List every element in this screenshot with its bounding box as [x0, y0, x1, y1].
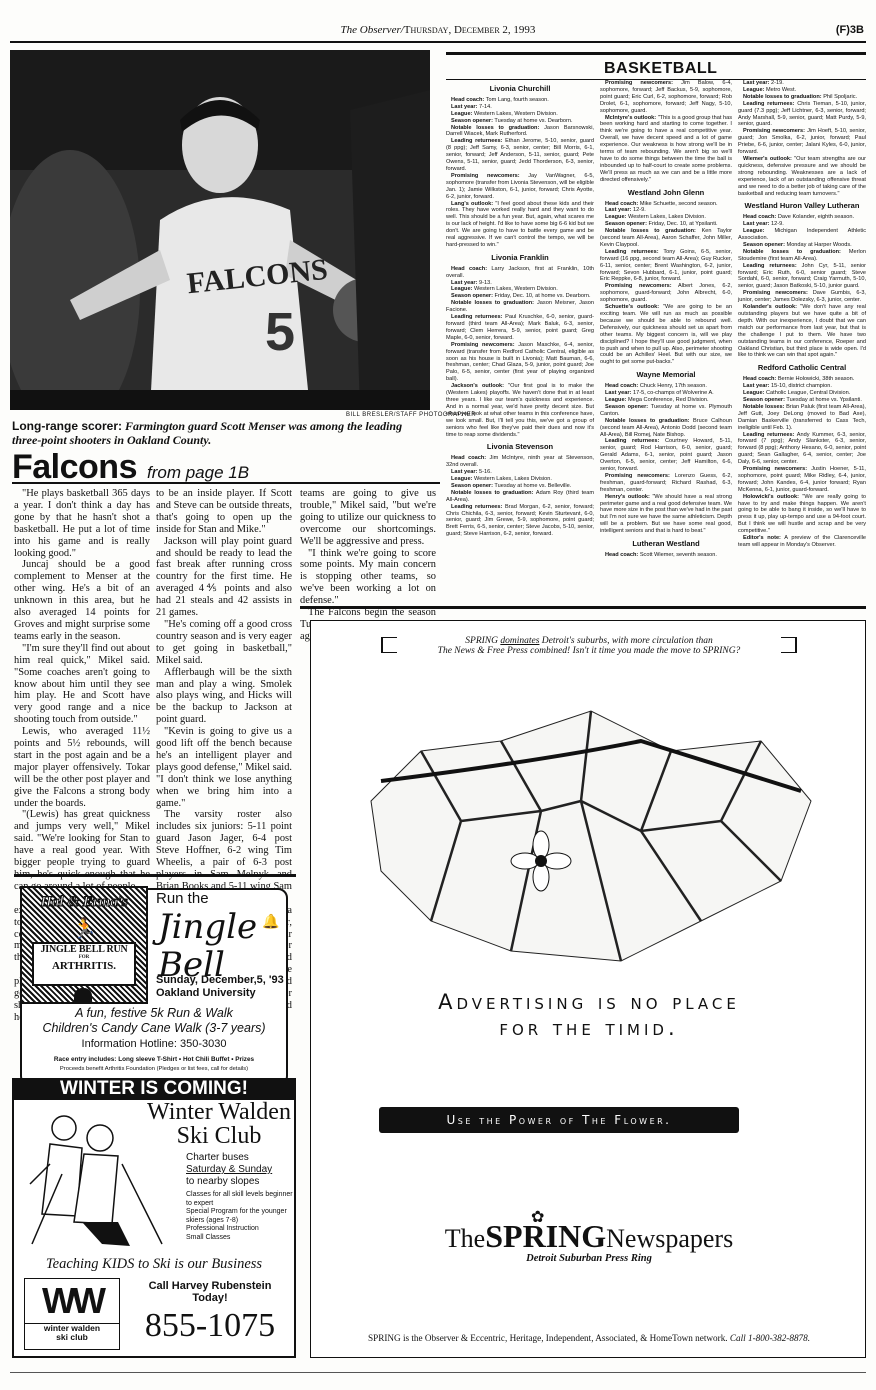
- run-the-text: Run the: [156, 890, 209, 907]
- club-name-line2: Ski Club: [144, 1124, 294, 1148]
- event-date-location: Sunday, December,5, '93 Oakland Universi…: [156, 974, 284, 1000]
- team-westland-huron-valley-lutheran: Westland Huron Valley Lutheran Head coac…: [738, 203, 866, 359]
- photo-image: FALCONS 5: [10, 50, 430, 410]
- club-slogan: Teaching KIDS to Ski is our Business: [14, 1256, 294, 1273]
- winter-banner: WINTER IS COMING!: [12, 1078, 296, 1100]
- network-text: SPRING is the Observer & Eccentric, Heri…: [368, 1333, 730, 1343]
- paragraph: "(Lewis) has great quickness and jumps v…: [14, 809, 150, 892]
- masthead: The Observer/Thursday, December 2, 1993 …: [0, 0, 876, 40]
- runner-icon: 🏃: [72, 916, 97, 941]
- paragraph: to be an inside player. If Scott and Ste…: [156, 488, 292, 536]
- team-livonia-stevenson-cont: Promising newcomers: Jim Balow, 6-4, sop…: [600, 80, 732, 184]
- feature-days: Saturday & Sunday: [186, 1164, 296, 1176]
- race-includes: Race entry includes: Long sleeve T-Shirt…: [22, 1056, 286, 1063]
- ww-logo: WW winter walden ski club: [24, 1278, 120, 1350]
- club-features: Charter buses Saturday & Sunday to nearb…: [186, 1152, 296, 1242]
- team-name: Lutheran Westland: [600, 541, 732, 548]
- winter-walden-ad: WINTER IS COMING! Winter Walden Ski Club…: [12, 1078, 296, 1358]
- brand-spring: SPRING: [485, 1218, 606, 1254]
- team-name: Redford Catholic Central: [738, 365, 866, 372]
- jbr-badge: Hal & Erma's 🏃 JINGLE BELL RUN FOR ARTHR…: [20, 886, 148, 1004]
- logo-letters: WW: [25, 1279, 119, 1323]
- team-wayne-memorial: Wayne Memorial Head coach: Chuck Henry, …: [600, 372, 732, 535]
- team-lutheran-westland-cont: Last year: 2-19. League: Metro West. Not…: [738, 80, 866, 197]
- jingle-bell-run-ad: Hal & Erma's 🏃 JINGLE BELL RUN FOR ARTHR…: [20, 888, 288, 1086]
- photo-caption: Long-range scorer: Farmington guard Scot…: [12, 419, 432, 447]
- team-lutheran-westland: Lutheran Westland Head coach: Scott Wiem…: [600, 541, 732, 559]
- caption-lead: Long-range scorer:: [12, 419, 122, 433]
- tagline-1: A fun, festive 5k Run & Walk: [22, 1006, 286, 1021]
- left-bracket-icon: [381, 637, 397, 653]
- intro-line2: The News & Free Press combined! Isn't it…: [397, 646, 781, 656]
- proceeds-note: Proceeds benefit Arthritis Foundation (P…: [22, 1066, 286, 1072]
- issue-date: Thursday, December 2, 1993: [404, 24, 536, 36]
- feature-item: Classes for all skill levels beginner to…: [186, 1191, 296, 1208]
- brand-subtitle: Detroit Suburban Press Ring: [311, 1253, 867, 1264]
- power-of-flower-banner: Use the Power of The Flower.: [379, 1107, 739, 1133]
- team-name: Wayne Memorial: [600, 372, 732, 379]
- paragraph: "He's coming off a good cross country se…: [156, 619, 292, 667]
- headline-line2: for the timid.: [311, 1015, 867, 1041]
- logo-text: winter walden ski club: [25, 1323, 119, 1342]
- spring-brand: TheSPRINGNewspapers: [311, 1221, 867, 1254]
- paragraph: Jackson will play point guard and should…: [156, 536, 292, 619]
- page-bottom-rule: [10, 1372, 866, 1373]
- roster-column-3: Last year: 2-19. League: Metro West. Not…: [738, 80, 866, 549]
- section-title: BASKETBALL: [604, 60, 717, 78]
- spring-newspapers-ad: SPRING dominates Detroit's suburbs, with…: [310, 620, 866, 1358]
- feature-list: Classes for all skill levels beginner to…: [186, 1191, 296, 1242]
- paragraph: "He plays basketball 365 days a year. I …: [14, 488, 150, 559]
- club-name: Winter Walden Ski Club: [144, 1100, 294, 1148]
- foundation-logo-icon: [74, 988, 92, 1002]
- basketball-photo: FALCONS 5: [10, 50, 430, 410]
- team-name: Livonia Franklin: [446, 255, 594, 262]
- paragraph: Afflerbaugh will be the sixth man and pl…: [156, 667, 292, 727]
- call-today: Today!: [126, 1292, 294, 1304]
- badge-plaque: JINGLE BELL RUN FOR ARTHRITIS.: [32, 942, 136, 986]
- page-number: (F)3B: [836, 24, 864, 36]
- right-bracket-icon: [781, 637, 797, 653]
- phone-number: 855-1075: [126, 1306, 294, 1346]
- badge-line1: JINGLE BELL RUN: [34, 944, 134, 955]
- feature-item: Professional Instruction: [186, 1225, 296, 1234]
- jump-rule: [12, 482, 440, 484]
- section-top-rule: [446, 52, 866, 55]
- team-livonia-churchill: Livonia Churchill Head coach: Tom Lang, …: [446, 86, 594, 249]
- feature-charter: Charter buses: [186, 1152, 296, 1164]
- team-redford-catholic-central: Redford Catholic Central Head coach: Ber…: [738, 365, 866, 549]
- spring-intro: SPRING dominates Detroit's suburbs, with…: [397, 636, 781, 656]
- paragraph: teams are going to give us trouble," Mik…: [300, 488, 436, 548]
- headline-line1: Advertising is no place: [311, 989, 867, 1015]
- spring-footer: SPRING is the Observer & Eccentric, Heri…: [311, 1333, 867, 1343]
- team-livonia-franklin: Livonia Franklin Head coach: Larry Jacks…: [446, 255, 594, 439]
- paragraph: "I think we're going to score some point…: [300, 548, 436, 608]
- team-westland-john-glenn: Westland John Glenn Head coach: Mike Sch…: [600, 190, 732, 367]
- badge-arc-text: Hal & Erma's: [28, 894, 140, 911]
- badge-line2: ARTHRITIS.: [34, 960, 134, 972]
- team-name: Westland Huron Valley Lutheran: [738, 203, 866, 210]
- story-bottom-rule: [14, 874, 296, 877]
- dominates-emphasis: dominates: [500, 636, 539, 646]
- event-taglines: A fun, festive 5k Run & Walk Children's …: [22, 1006, 286, 1036]
- team-livonia-stevenson: Livonia Stevenson Head coach: Jim McInty…: [446, 444, 594, 538]
- team-name: Livonia Stevenson: [446, 444, 594, 451]
- paragraph: Juncaj should be a good complement to Me…: [14, 559, 150, 642]
- call-name: Call Harvey Rubenstein: [126, 1280, 294, 1292]
- brand-newspapers: Newspapers: [606, 1224, 733, 1253]
- paragraph: Lewis, who averaged 11½ points and 5½ re…: [14, 726, 150, 809]
- event-location: Oakland University: [156, 987, 284, 1000]
- cracked-earth-flower-illustration-icon: [341, 681, 837, 981]
- call-number: Call 1-800-382-8878.: [730, 1333, 810, 1343]
- event-date: Sunday, December,5, '93: [156, 974, 284, 987]
- paper-name: The Observer/: [341, 24, 404, 36]
- roster-column-2: Promising newcomers: Jim Balow, 6-4, sop…: [600, 80, 732, 559]
- feature-slopes: to nearby slopes: [186, 1176, 296, 1188]
- feature-item: Special Program for the younger skiers (…: [186, 1208, 296, 1225]
- info-hotline: Information Hotline: 350-3030: [22, 1038, 286, 1050]
- paragraph: "Kevin is going to give us a good lift o…: [156, 726, 292, 809]
- team-name: Westland John Glenn: [600, 190, 732, 197]
- roster-column-1: Livonia Churchill Head coach: Tom Lang, …: [446, 80, 594, 538]
- club-name-line1: Winter Walden: [144, 1100, 294, 1124]
- page-header-title: The Observer/Thursday, December 2, 1993: [0, 24, 876, 36]
- jump-line: from page 1B: [147, 463, 249, 483]
- svg-text:5: 5: [265, 302, 295, 362]
- bells-icon: 🔔: [262, 914, 279, 931]
- paragraph: "I'm sure they'll find out about him rea…: [14, 643, 150, 726]
- contact-call: Call Harvey Rubenstein Today!: [126, 1280, 294, 1304]
- story-end-rule: [300, 606, 866, 609]
- team-name: Livonia Churchill: [446, 86, 594, 93]
- spring-headline: Advertising is no place for the timid.: [311, 989, 867, 1041]
- feature-item: Small Classes: [186, 1234, 296, 1243]
- masthead-rule: [10, 41, 866, 43]
- tagline-2: Children's Candy Cane Walk (3-7 years): [22, 1021, 286, 1036]
- story-jump-header: Falcons from page 1B: [12, 448, 249, 484]
- brand-the: The: [445, 1224, 485, 1253]
